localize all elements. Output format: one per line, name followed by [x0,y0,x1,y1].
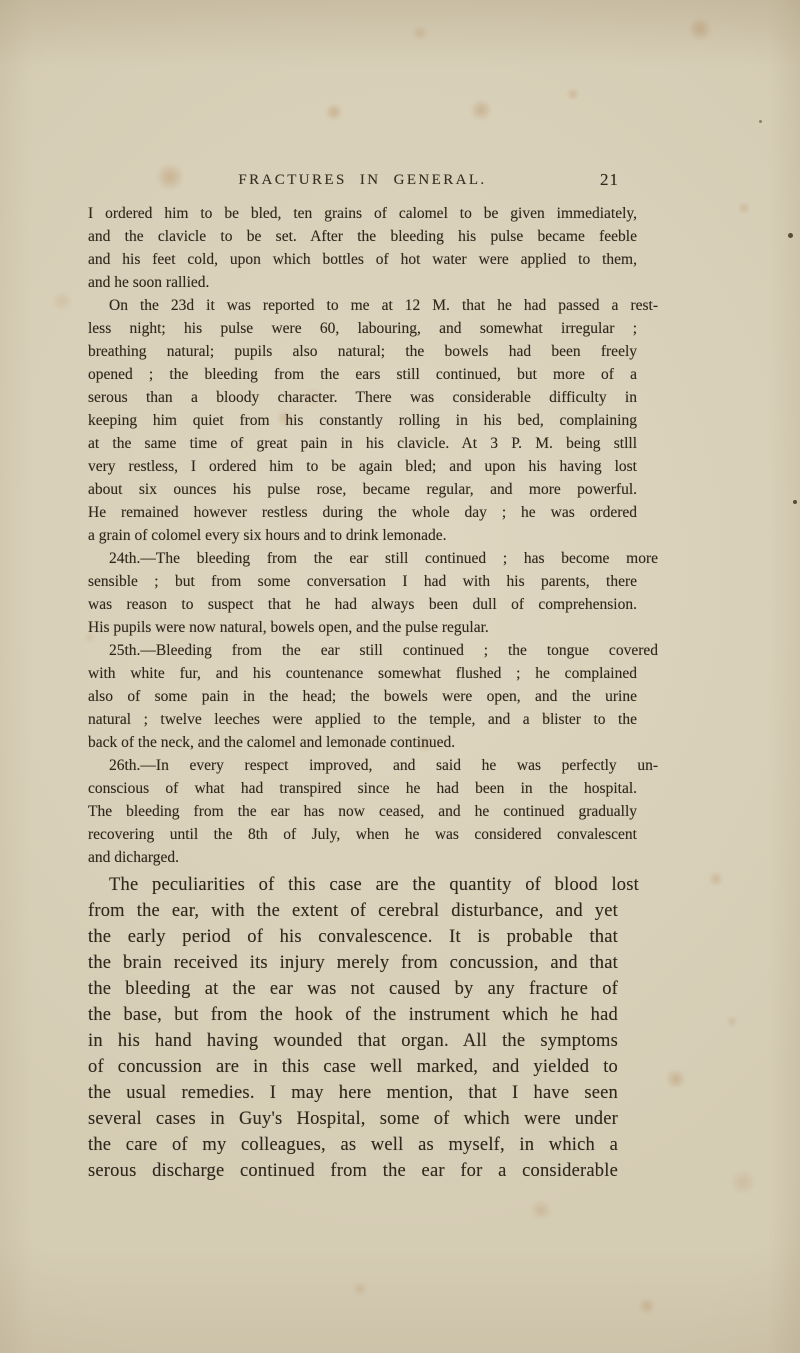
text-line: keeping him quiet from his constantly ro… [88,409,637,432]
text-line: and his feet cold, upon which bottles of… [88,248,637,271]
paragraph: The peculiarities of this case are the q… [88,872,637,1184]
foxing-spot [566,88,580,100]
foxing-spot [688,18,712,40]
text-line: 25th.—Bleeding from the ear still contin… [88,639,658,662]
text-line: several cases in Guy's Hospital, some of… [88,1106,618,1132]
text-line: conscious of what had transpired since h… [88,777,637,800]
text-line: recovering until the 8th of July, when h… [88,823,637,846]
foxing-spot [470,100,492,120]
foxing-spot [352,1282,368,1296]
text-line: His pupils were now natural, bowels open… [88,616,637,639]
text-line: the bleeding at the ear was not caused b… [88,976,618,1002]
paragraph: I ordered him to be bled, ten grains of … [88,202,637,294]
paragraph: 24th.—The bleeding from the ear still co… [88,547,637,639]
text-line: the care of my colleagues, as well as my… [88,1132,618,1158]
foxing-spot [738,202,750,214]
text-line: the early period of his convalescence. I… [88,924,618,950]
foxing-spot [708,872,724,886]
foxing-spot [726,1016,738,1027]
text-line: sensible ; but from some conversation I … [88,570,637,593]
text-line: at the same time of great pain in his cl… [88,432,637,455]
text-line: 26th.—In every respect improved, and sai… [88,754,658,777]
paragraph: 26th.—In every respect improved, and sai… [88,754,637,869]
foxing-spot [325,104,343,120]
text-line: The peculiarities of this case are the q… [88,872,639,898]
foxing-spot [638,1298,656,1314]
text-line: I ordered him to be bled, ten grains of … [88,202,637,225]
page-number: 21 [600,170,619,190]
text-line: less night; his pulse were 60, labouring… [88,317,637,340]
text-line: and dicharged. [88,846,637,869]
text-line: and he soon rallied. [88,271,637,294]
paragraph: On the 23d it was reported to me at 12 M… [88,294,637,547]
text-line: with white fur, and his countenance some… [88,662,637,685]
foxing-spot [530,1200,552,1220]
text-line: On the 23d it was reported to me at 12 M… [88,294,658,317]
ink-speck [788,233,793,238]
text-line: back of the neck, and the calomel and le… [88,731,637,754]
foxing-spot [52,292,72,310]
text-line: and the clavicle to be set. After the bl… [88,225,637,248]
text-line: was reason to suspect that he had always… [88,593,637,616]
text-line: a grain of colomel every six hours and t… [88,524,637,547]
text-line: from the ear, with the extent of cerebra… [88,898,618,924]
text-line: the brain received its injury merely fro… [88,950,618,976]
page-body: I ordered him to be bled, ten grains of … [88,202,637,1184]
text-line: opened ; the bleeding from the ears stil… [88,363,637,386]
running-header-title: FRACTURES IN GENERAL. [238,172,486,188]
text-line: He remained however restless during the … [88,501,637,524]
text-line: about six ounces his pulse rose, became … [88,478,637,501]
text-block: FRACTURES IN GENERAL. 21 I ordered him t… [88,170,637,1184]
foxing-spot [412,26,428,40]
text-line: the usual remedies. I may here mention, … [88,1080,618,1106]
text-line: serous discharge continued from the ear … [88,1158,618,1184]
text-line: the base, but from the hook of the instr… [88,1002,618,1028]
text-line: natural ; twelve leeches were applied to… [88,708,637,731]
text-line: The bleeding from the ear has now ceased… [88,800,637,823]
text-line: breathing natural; pupils also natural; … [88,340,637,363]
text-line: 24th.—The bleeding from the ear still co… [88,547,658,570]
book-page: FRACTURES IN GENERAL. 21 I ordered him t… [0,0,800,1353]
foxing-spot [666,1070,686,1088]
running-header: FRACTURES IN GENERAL. 21 [88,170,637,190]
text-line: in his hand having wounded that organ. A… [88,1028,618,1054]
ink-speck [759,120,762,123]
text-line: very restless, I ordered him to be again… [88,455,637,478]
text-line: of concussion are in this case well mark… [88,1054,618,1080]
text-line: serous than a bloody character. There wa… [88,386,637,409]
text-line: also of some pain in the head; the bowel… [88,685,637,708]
ink-speck [793,500,797,504]
paragraph: 25th.—Bleeding from the ear still contin… [88,639,637,754]
foxing-spot [730,1170,756,1194]
